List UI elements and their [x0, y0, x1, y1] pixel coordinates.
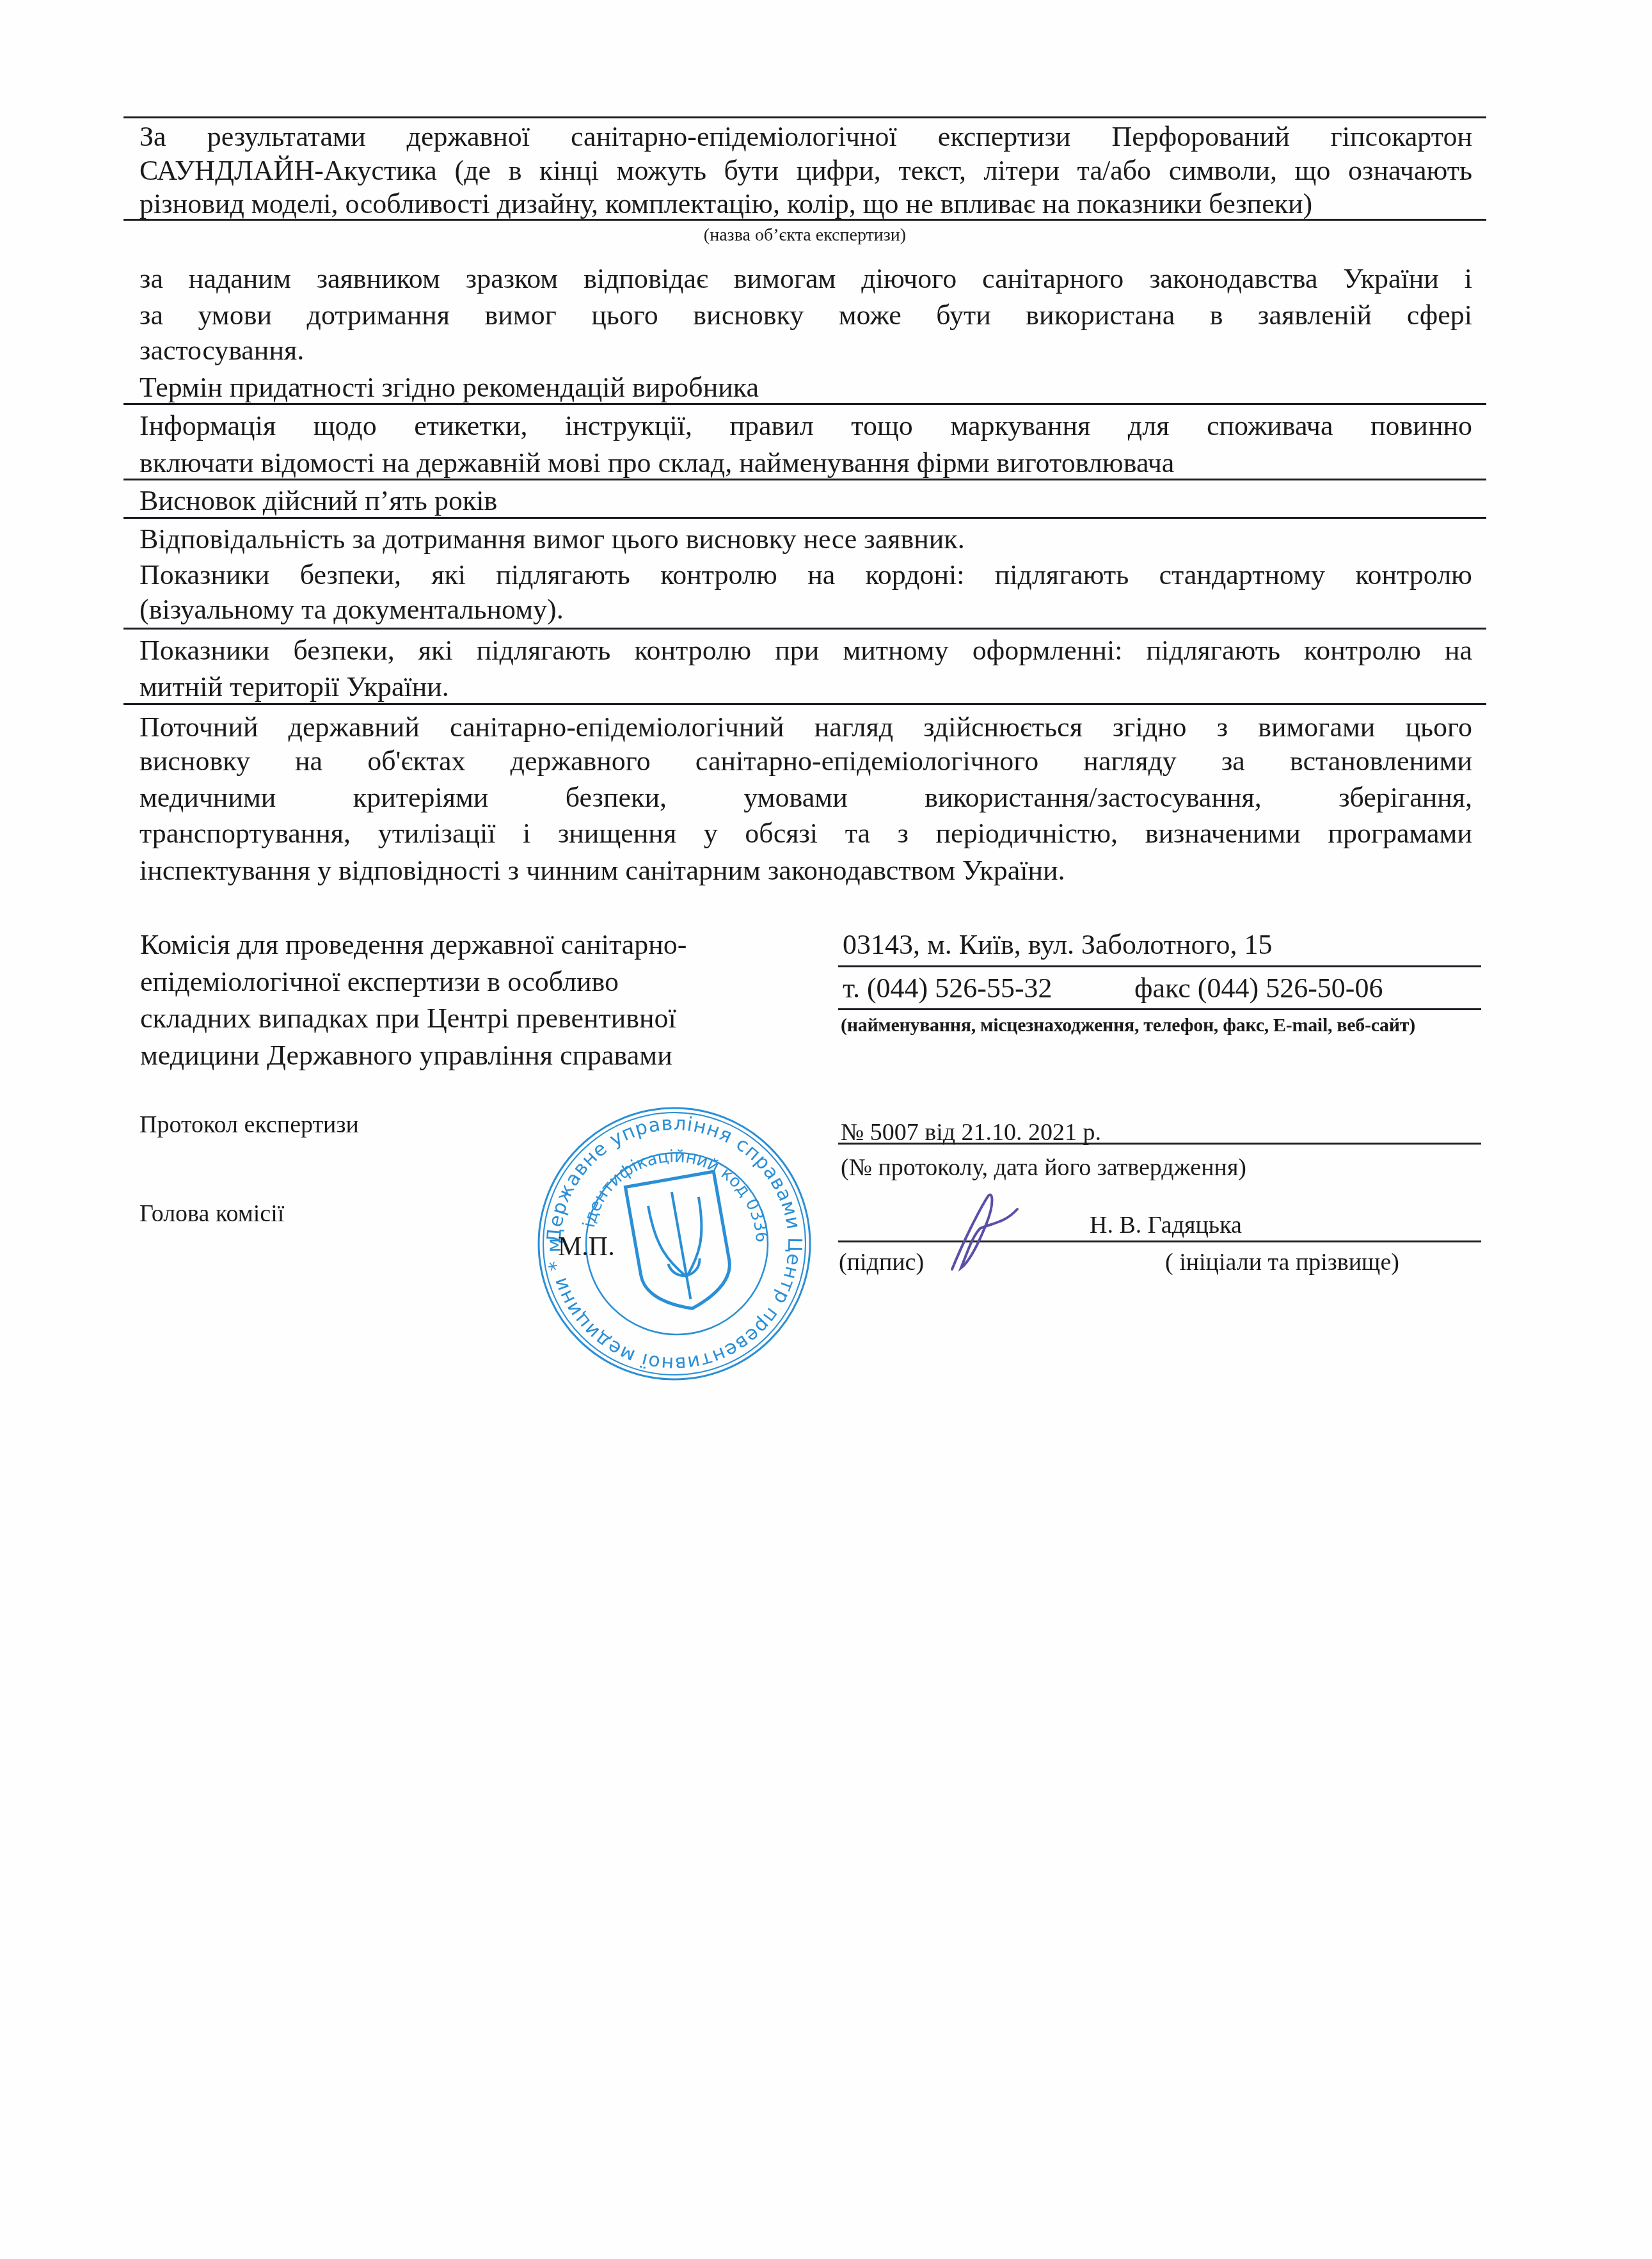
object-bottom-rule: [123, 219, 1486, 221]
trident-coat-of-arms-icon: [625, 1171, 736, 1316]
phone-rule: [838, 1008, 1481, 1010]
object-caption: (назва об’єкта експертизи): [123, 225, 1486, 246]
validity: Висновок дійсний п’ять років: [139, 484, 497, 518]
head-label: Голова комісії: [139, 1200, 284, 1228]
labeling-line-2: включати відомості на державній мові про…: [139, 447, 1174, 480]
name-caption: ( ініціали та прізвище): [1165, 1248, 1399, 1276]
protocol-caption: (№ протоколу, дата його затвердження): [841, 1153, 1246, 1182]
protocol-rule: [838, 1143, 1481, 1145]
address-rule: [838, 965, 1481, 967]
conclusion-line-1: за наданим заявником зразком відповідає …: [139, 262, 1472, 296]
labeling-rule: [123, 479, 1486, 480]
customs-control-line-2: митній території України.: [139, 670, 449, 704]
handwritten-signature: [934, 1191, 1043, 1274]
object-line-3: різновид моделі, особливості дизайну, ко…: [139, 187, 1312, 221]
supervision-line-3: медичними критеріями безпеки, умовами ви…: [139, 781, 1472, 814]
customs-control-rule: [123, 703, 1486, 705]
shelf-life: Термін придатності згідно рекомендацій в…: [139, 371, 759, 404]
object-line-2: САУНДЛАЙН-Акустика (де в кінці можуть бу…: [139, 154, 1472, 187]
commission-line-1: Комісія для проведення державної санітар…: [140, 928, 687, 962]
validity-rule: [123, 517, 1486, 519]
shelf-life-rule: [123, 403, 1486, 405]
conclusion-line-3: застосування.: [139, 334, 304, 367]
signature-caption: (підпис): [839, 1248, 924, 1276]
commission-phone: т. (044) 526-55-32: [843, 972, 1052, 1005]
contact-caption: (найменування, місцезнаходження, телефон…: [841, 1014, 1415, 1037]
labeling-line-1: Інформація щодо етикетки, інструкції, пр…: [139, 409, 1472, 443]
border-control-rule: [123, 628, 1486, 630]
top-rule: [123, 116, 1486, 118]
official-stamp: Державне управління справами Центр преве…: [532, 1102, 816, 1386]
head-name: Н. В. Гадяцька: [1090, 1211, 1242, 1239]
responsibility: Відповідальність за дотримання вимог цьо…: [139, 523, 965, 556]
supervision-line-4: транспортування, утилізації і знищення у…: [139, 817, 1472, 850]
commission-fax: факс (044) 526-50-06: [1134, 972, 1383, 1005]
border-control-line-1: Показники безпеки, які підлягають контро…: [139, 559, 1472, 592]
commission-line-4: медицини Державного управління справами: [140, 1039, 672, 1072]
conclusion-line-2: за умови дотримання вимог цього висновку…: [139, 299, 1472, 332]
seal-mark: М.П.: [558, 1232, 615, 1262]
commission-line-3: складних випадках при Центрі превентивно…: [140, 1002, 676, 1035]
object-line-1: За результатами державної санітарно-епід…: [139, 120, 1472, 154]
commission-line-2: епідеміологічної експертизи в особливо: [140, 965, 619, 999]
document-page: За результатами державної санітарно-епід…: [0, 0, 1652, 2259]
commission-address: 03143, м. Київ, вул. Заболотного, 15: [843, 928, 1273, 962]
supervision-line-2: висновку на об'єктах державного санітарн…: [139, 745, 1472, 778]
border-control-line-2: (візуальному та документальному).: [139, 593, 564, 626]
supervision-line-1: Поточний державний санітарно-епідеміолог…: [139, 711, 1472, 744]
supervision-line-5: інспектування у відповідності з чинним с…: [139, 854, 1065, 887]
protocol-label: Протокол експертизи: [139, 1111, 359, 1139]
customs-control-line-1: Показники безпеки, які підлягають контро…: [139, 634, 1472, 667]
